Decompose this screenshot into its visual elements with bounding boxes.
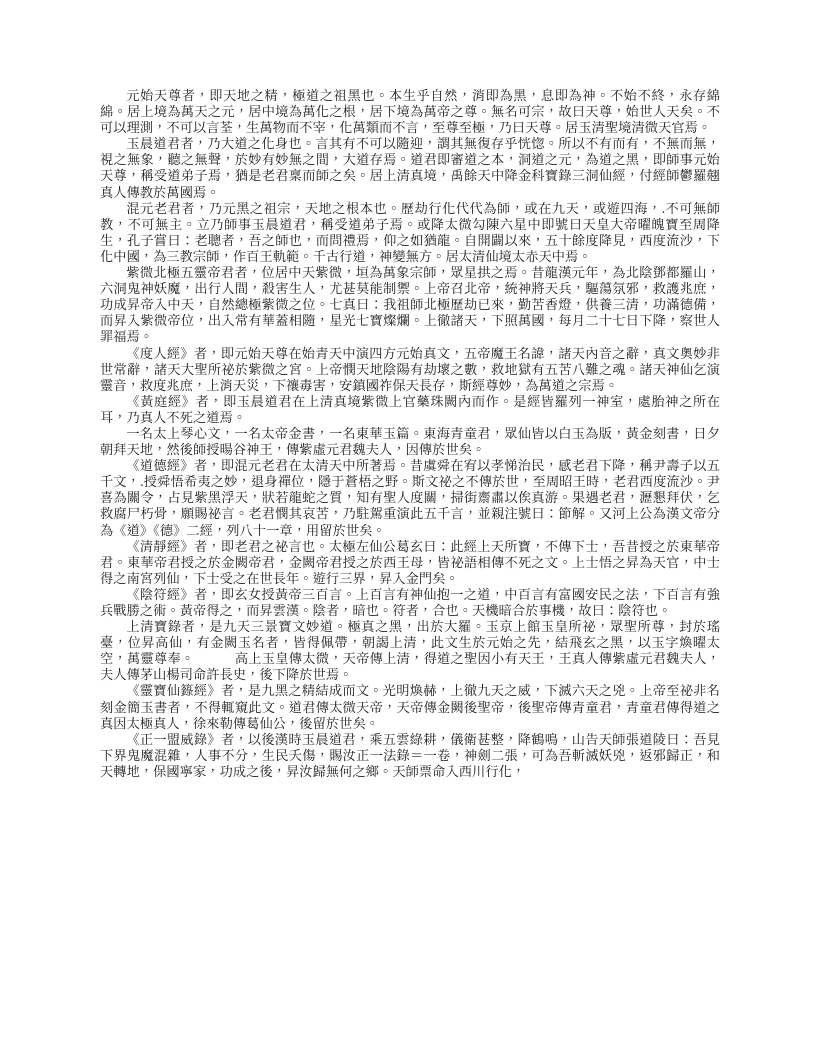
paragraph: 上清寶錄者，是九天三景寶文妙道。極真之黑，出於大羅。玉京上館玉皇所祕，眾聖所尊，… [100,619,720,683]
paragraph: 《正一盟威錄》者，以後漢時玉晨道君，乘五雲綠耕，儀衛甚整，降鶴鳴，山告天師張道陵… [100,732,720,780]
paragraph: 一名太上琴心文，一名太帝金書，一名東華玉篇。東海青童君，眾仙皆以白玉為版，黃金刻… [100,426,720,458]
paragraph: 《清靜經》者，即老君之祕言也。太極左仙公葛玄曰：此經上天所寶，不傳下士，吾昔授之… [100,539,720,587]
document-page: 元始天尊者，即天地之精，極道之祖黑也。本生乎自然，消即為黑，息即為神。不始不終，… [0,0,816,1056]
paragraph: 混元老君者，乃元黑之祖宗，天地之根本也。歷劫行化代代為師，或在九天，或遊四海，.… [100,201,720,265]
paragraph: 《道德經》者，即混元老君在太清天中所著焉。昔虞舜在宥以孝悌治民，感老君下降，稱尹… [100,458,720,538]
paragraph: 《黃庭經》者，即玉晨道君在上清真境紫微上官藥珠闕內而作。是經皆羅列一神室，處胎神… [100,394,720,426]
paragraph: 玉晨道君者，乃大道之化身也。言其有不可以隨迎，謂其無復存乎恍惚。所以不有而有，不… [100,136,720,200]
paragraph: 紫微北極五靈帝君者，位居中天紫微，垣為萬象宗師，眾星拱之焉。昔龍漢元年，為北陰鄧… [100,265,720,345]
paragraph: 《靈寶仙籙經》者，是九黑之精結成而文。光明煥赫，上徹九天之威，下滅六天之兇。上帝… [100,683,720,731]
paragraph: 《度人經》者，即元始天尊在始青天中演四方元始真文，五帝魔王名諱，諸天內音之辭，真… [100,346,720,394]
document-body: 元始天尊者，即天地之精，極道之祖黑也。本生乎自然，消即為黑，息即為神。不始不終，… [100,88,720,780]
paragraph: 元始天尊者，即天地之精，極道之祖黑也。本生乎自然，消即為黑，息即為神。不始不終，… [100,88,720,136]
paragraph: 《陰符經》者，即玄女授黃帝三百言。上百言有神仙抱一之道，中百言有富國安民之法，下… [100,587,720,619]
